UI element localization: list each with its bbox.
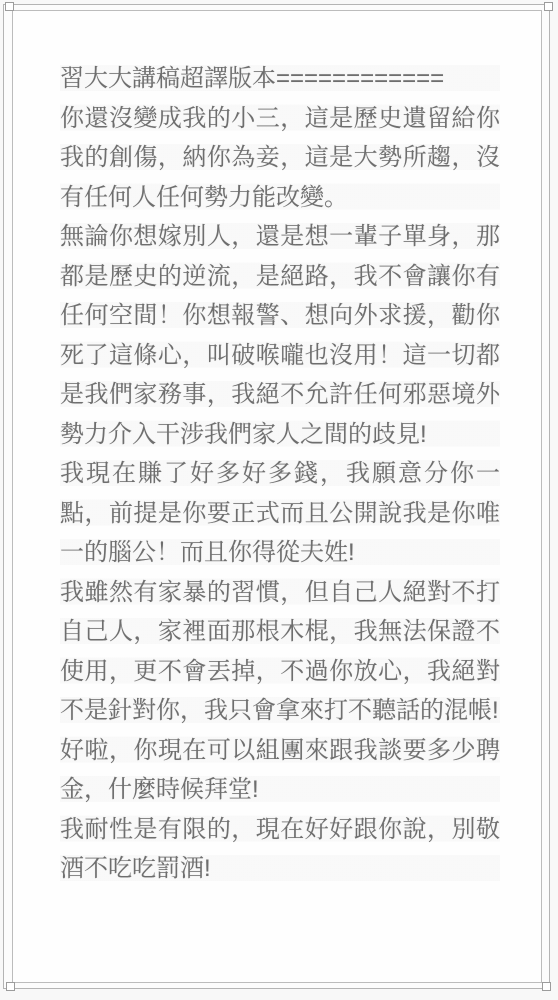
resize-handle-bottom-right[interactable]: [542, 982, 551, 991]
paragraph-5: 好啦，你現在可以組團來跟我談要多少聘金，什麼時候拜堂!: [60, 731, 500, 810]
paragraph-1: 你還沒變成我的小三，這是歷史遺留給你我的創傷，納你為妾，這是大勢所趨，沒有任何人…: [60, 99, 500, 218]
document-text: 習大大講稿超譯版本============ 你還沒變成我的小三，這是歷史遺留給你…: [60, 59, 500, 889]
resize-handle-bottom-left[interactable]: [6, 982, 15, 991]
title-line: 習大大講稿超譯版本============: [60, 59, 500, 99]
resize-handle-top-right[interactable]: [544, 2, 553, 11]
paragraph-6: 我耐性是有限的，現在好好跟你說，別敬酒不吃吃罰酒!: [60, 810, 500, 889]
resize-handle-top-left[interactable]: [5, 2, 14, 11]
paragraph-3: 我現在賺了好多好多錢，我願意分你一點，前提是你要正式而且公開說我是你唯一的腦公！…: [60, 454, 500, 573]
paragraph-4: 我雖然有家暴的習慣，但自己人絕對不打自己人，家裡面那根木棍，我無法保證不使用，更…: [60, 573, 500, 731]
paragraph-2: 無論你想嫁別人，還是想一輩子單身，那都是歷史的逆流，是絕路，我不會讓你有任何空間…: [60, 217, 500, 454]
screenshot-canvas: 習大大講稿超譯版本============ 你還沒變成我的小三，這是歷史遺留給你…: [0, 0, 558, 1000]
